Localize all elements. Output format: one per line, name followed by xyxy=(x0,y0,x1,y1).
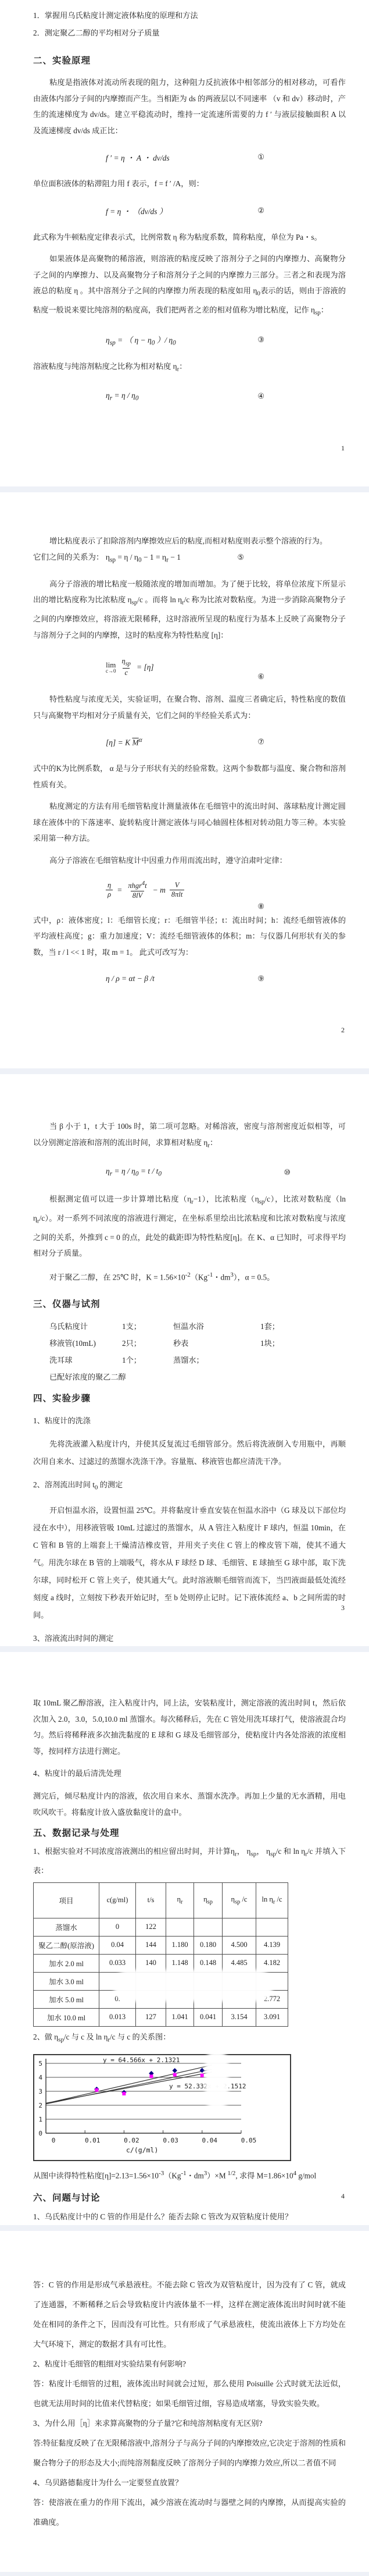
equipment-name: 洗耳球 xyxy=(49,1352,122,1369)
chart-svg: 01234500.010.020.030.040.05c/(g/ml)y = 6… xyxy=(34,2055,288,2158)
formula-number: ⑤ xyxy=(237,553,244,562)
fraction: V 8πlt xyxy=(170,881,184,900)
formula-body: lim c→0 ηsp c = [η] xyxy=(106,657,154,677)
formula-number: ⑦ xyxy=(257,737,264,747)
page-separator xyxy=(0,1646,369,1652)
page-3: 当 β 小于 1，t 大于 100s 时，第二项可忽略。对稀溶液，密度与溶剂密度… xyxy=(0,1074,369,1646)
paragraph: 溶液粘度与纯溶剂粘度之比称为相对粘度 ηr： xyxy=(33,358,346,378)
paragraph: 根据测定值可以进一步计算增比粘度（ηr−1），比浓粘度（ηsp/c），比浓对数粘… xyxy=(33,1191,346,1262)
question: 1、乌氏粘度计中的 C 管的作用是什么？能否去除 C 管改为双管粘度计使用？ xyxy=(33,2208,346,2225)
formula: ηr = η / η0 ④ xyxy=(33,389,346,403)
formula: [η] = K Mα ⑦ xyxy=(33,735,346,749)
table-cell: 4.139 xyxy=(256,1936,288,1954)
equipment-qty: 1块； xyxy=(260,1335,346,1352)
paragraph: 粘度测定的方法有用毛细管粘度计测量液体在毛细管中的流出时间、落球粘度计测定圆球在… xyxy=(33,798,346,847)
page-2: 增比粘度表示了扣除溶剂内摩擦效应后的粘度,而相对粘度则表示整个溶液的行为。 它们… xyxy=(0,492,369,1068)
table-cell: 4.182 xyxy=(256,1954,288,1972)
page-number: 2 xyxy=(341,1026,345,1035)
question: 2、粘度计毛细管的粗细对实验结果有何影响? xyxy=(33,2354,346,2374)
answer: 答：粘度计毛细管的过粗，液体流出时间就会过短，那么使用 Poisuille 公式… xyxy=(33,2374,346,2414)
question: 3、为什么用［η］来求算高聚物的分子量?它和纯溶剂粘度有无区别? xyxy=(33,2414,346,2433)
table-row: 聚乙二醇(原溶液)0.041441.1800.1804.5004.139 xyxy=(34,1936,288,1954)
table-header-row: 项目c(g/ml)t/sηrηspηsp /cln ηr /c xyxy=(34,1882,288,1918)
page-separator xyxy=(0,2572,369,2576)
paragraph: 先将洗液灌入粘度计内，并使其反复流过毛细管部分。然后将洗液倒入专用瓶中，再顺次用… xyxy=(33,1436,346,1470)
paragraph: 从图中读得特性粘度[η]=2.13=1.56×10-3（Kg-1・dm3）×M … xyxy=(33,2166,346,2184)
fraction: η ρ xyxy=(106,881,113,900)
answer: 答：使溶液在重力的作用下流出，减少溶液在流动时与器壁之间的内摩擦，从而提高实验的… xyxy=(33,2493,346,2532)
page-number: 3 xyxy=(341,1604,345,1612)
table-cell: 0 xyxy=(99,1918,136,1936)
table-row: 蒸馏水0122 xyxy=(34,1918,288,1936)
objective-item: 1．掌握用乌氏粘度计测定液体粘度的原理和方法 xyxy=(33,7,346,24)
section-heading: 四、实验步骤 xyxy=(33,1391,346,1404)
table-cell: 加水 5.0 ml xyxy=(34,1990,99,2008)
formula-body: f = η ・ （dv/ds ） xyxy=(106,205,167,216)
equipment-qty: 1套； xyxy=(260,1318,346,1335)
formula: lim c→0 ηsp c = [η] ⑥ xyxy=(33,657,346,677)
section-heading: 五、数据记录与处理 xyxy=(33,1826,346,1839)
paragraph: 开启恒温水浴，设置恒温 25℃。并将黏度计垂直安装在恒温水浴中（G 球及以下部位… xyxy=(33,1502,346,1624)
x-tick-label: 0 xyxy=(52,2137,56,2144)
procedure-step: 1、粘度计的洗涤 xyxy=(33,1412,346,1430)
x-tick-label: 0.05 xyxy=(241,2137,257,2144)
page-separator xyxy=(0,2225,369,2231)
table-cell xyxy=(166,1918,194,1936)
formula-number: ① xyxy=(257,152,264,162)
formula-number: ③ xyxy=(257,335,264,344)
table-cell: 0.180 xyxy=(194,1936,223,1954)
section-heading: 二、实验原理 xyxy=(33,54,346,66)
formula-number: ⑩ xyxy=(284,1168,291,1177)
table-cell: 加水 2.0 ml xyxy=(34,1954,99,1972)
paragraph: 此式称为牛顿粘度定律表示式，比例常数 η 称为粘度系数，简称粘度，单位为 Pa・… xyxy=(33,229,346,246)
table-cell: 1.041 xyxy=(166,2008,194,2026)
formula-body: ηr = η / η0 = t / t0 xyxy=(106,1167,162,1178)
blur-smudge xyxy=(113,1970,273,2002)
formula-body: η ρ = πhgr4t 8lV − m V 8πlt xyxy=(106,880,184,900)
equipment-name: 秒表 xyxy=(173,1335,260,1352)
data-point xyxy=(122,2092,126,2095)
page-5: 答：C 管的作用是形成气承悬液柱。不能去除 C 管改为双管粘度计，因为没有了 C… xyxy=(0,2231,369,2572)
formula-body: 它们之间的关系为： ηsp = η / η0 − 1 = ηr − 1 xyxy=(33,550,181,564)
formula-number: ⑧ xyxy=(257,902,264,911)
paragraph: 高分子溶液在毛细管粘度计中因重力作用而流出时，遵守泊肃叶定律： xyxy=(33,852,346,869)
paragraph: 当 β 小于 1，t 大于 100s 时，第二项可忽略。对稀溶液，密度与溶剂密度… xyxy=(33,1118,346,1154)
question: 4、乌贝路德黏度计为什么一定要竖直放置？ xyxy=(33,2473,346,2493)
table-cell: 1.180 xyxy=(166,1936,194,1954)
data-point xyxy=(173,2068,177,2073)
paragraph: 式中，ρ：液体密度；l：毛细管长度；r：毛细管半径；t：流出时间；h：流经毛细管… xyxy=(33,912,346,961)
page-number: 1 xyxy=(341,444,345,453)
paragraph: 式中的K为比例系数， α 是与分子形状有关的经验常数。这两个参数都与温度、聚合物… xyxy=(33,761,346,793)
paragraph: 粘度是指液体对流动所表现的阻力，这种阻力反抗液体中相邻部分的相对移动，可看作由液… xyxy=(33,74,346,138)
paragraph: 增比粘度表示了扣除溶剂内摩擦效应后的粘度,而相对粘度则表示整个溶液的行为。 xyxy=(33,533,346,549)
equipment-name: 恒温水浴 xyxy=(173,1318,260,1335)
table-header-cell: 项目 xyxy=(34,1882,99,1918)
table-cell: 蒸馏水 xyxy=(34,1918,99,1936)
fraction: πhgr4t 8lV xyxy=(126,880,148,900)
formula-body: ηsp = （ η − η0 ）/ η0 xyxy=(106,333,176,347)
equation-label: y = 64.566x + 2.1321 xyxy=(103,2056,180,2064)
table-cell: 122 xyxy=(136,1918,166,1936)
table-header-cell: ηsp xyxy=(194,1882,223,1918)
data-point xyxy=(200,2068,205,2073)
table-header-cell: ηr xyxy=(166,1882,194,1918)
section-heading: 六、问题与讨论 xyxy=(33,2191,346,2204)
data-point xyxy=(95,2088,98,2092)
paragraph: 2、做 ηsp/c 与 c 及 ln ηr/c 与 c 的关系图： xyxy=(33,2029,346,2048)
page-1: 1．掌握用乌氏粘度计测定液体粘度的原理和方法 2．测定聚乙二醇的平均相对分子质量… xyxy=(0,0,369,486)
table-header-cell: ηsp /c xyxy=(223,1882,256,1918)
equipment-list: 乌氏粘度计 1支； 恒温水浴 1套； 移液管(10mL) 2只； 秒表 1块； … xyxy=(33,1318,346,1385)
data-table: 项目c(g/ml)t/sηrηspηsp /cln ηr /c蒸馏水0122聚乙… xyxy=(33,1882,288,2027)
formula-body: [η] = K Mα xyxy=(106,737,142,748)
data-point xyxy=(173,2073,177,2076)
x-tick-label: 0.03 xyxy=(163,2137,178,2144)
formula: ηr = η / η0 = t / t0 ⑩ xyxy=(33,1166,346,1179)
formula: ηsp = （ η − η0 ）/ η0 ③ xyxy=(33,333,346,347)
formula-number: ⑥ xyxy=(257,672,264,681)
procedure-step: 3、溶液流出时间的测定 xyxy=(33,1630,346,1646)
table-cell: 127 xyxy=(136,2008,166,2026)
table-header-cell: ln ηr /c xyxy=(256,1882,288,1918)
table-cell: 0.013 xyxy=(99,2008,136,2026)
blur-smudge xyxy=(205,2051,228,2110)
table-cell: 加水 10.0 ml xyxy=(34,2008,99,2026)
equipment-qty: 1支； xyxy=(122,1318,173,1335)
page-number: 4 xyxy=(341,2192,345,2201)
x-tick-label: 0.02 xyxy=(124,2137,139,2144)
equipment-name: 乌氏粘度计 xyxy=(49,1318,122,1335)
table-cell xyxy=(194,1918,223,1936)
formula-body: ηr = η / η0 xyxy=(106,391,138,402)
y-tick-label: 5 xyxy=(38,2060,42,2067)
table-cell xyxy=(256,1918,288,1936)
paragraph: 如果液体是高聚物的稀溶液，则溶液的粘度反映了溶剂分子之间的内摩擦力、高聚物分子之… xyxy=(33,251,346,321)
objective-item: 2．测定聚乙二醇的平均相对分子质量 xyxy=(33,24,346,42)
procedure-step: 4、粘度计的最后清洗处理 xyxy=(33,1765,346,1782)
data-point xyxy=(149,2074,153,2078)
procedure-step: 2、溶剂流出时间 t0 的测定 xyxy=(33,1476,346,1497)
y-tick-label: 2 xyxy=(38,2102,42,2109)
equipment-name: 已配好浓度的聚乙二醇 xyxy=(49,1369,346,1385)
table-row: 加水 10.0 ml0.0131271.0410.0413.1543.091 xyxy=(34,2008,288,2026)
equipment-name: 蒸馏水； xyxy=(173,1352,260,1369)
y-tick-label: 1 xyxy=(38,2116,42,2123)
formula-number: ④ xyxy=(257,392,264,401)
formula-body: η / ρ = αt − β /t xyxy=(106,974,155,983)
formula: f = η ・ （dv/ds ） ② xyxy=(33,204,346,218)
paragraph: 高分子溶液的增比粘度一般随浓度的增加而增加。为了便于比较，将单位浓度下所显示出的… xyxy=(33,576,346,644)
x-tick-label: 0.01 xyxy=(85,2137,101,2144)
table-cell: 3.154 xyxy=(223,2008,256,2026)
limit-symbol: lim c→0 xyxy=(106,661,116,674)
y-tick-label: 4 xyxy=(38,2074,42,2081)
paragraph: 特性粘度与浓度无关，实验证明，在聚合物、溶剂、温度三者确定后，特性粘度的数值只与… xyxy=(33,691,346,723)
table-cell: 144 xyxy=(136,1936,166,1954)
formula-rhs: = [η] xyxy=(137,663,154,672)
formula-number: ⑨ xyxy=(257,974,264,983)
table-header-cell: c(g/ml) xyxy=(99,1882,136,1918)
formula: η ρ = πhgr4t 8lV − m V 8πlt ⑧ xyxy=(33,880,346,900)
page-separator xyxy=(0,486,369,492)
table-cell: 3.091 xyxy=(256,2008,288,2026)
equipment-name: 移液管(10mL) xyxy=(49,1335,122,1352)
equipment-qty: 1个； xyxy=(122,1352,173,1369)
formula: η / ρ = αt − β /t ⑨ xyxy=(33,972,346,986)
x-axis-label: c/(g/ml) xyxy=(126,2146,158,2154)
formula-number: ② xyxy=(257,206,264,215)
data-table-wrap: 项目c(g/ml)t/sηrηspηsp /cln ηr /c蒸馏水0122聚乙… xyxy=(33,1882,346,2027)
table-cell: 聚乙二醇(原溶液) xyxy=(34,1936,99,1954)
page-4: 取 10mL 聚乙醇溶液，注入粘度计内，同上法，安装粘度计，测定溶液的流出时间 … xyxy=(0,1652,369,2225)
table-cell xyxy=(223,1918,256,1936)
paragraph: 1、根据实验对不同浓度溶液测出的相应留出时间，并计算ηr， ηsp， ηsp/c… xyxy=(33,1843,346,1879)
chart: 01234500.010.020.030.040.05c/(g/ml)y = 6… xyxy=(33,2054,291,2161)
paragraph: 对于聚乙二醇，在 25℃ 时，K = 1.56×10-2（Kg-1・dm3），α… xyxy=(33,1267,346,1285)
paragraph: 取 10mL 聚乙醇溶液，注入粘度计内，同上法，安装粘度计，测定溶液的流出时间 … xyxy=(33,1695,346,1759)
table-cell: 0.041 xyxy=(194,2008,223,2026)
formula: f ′ = η ・ A ・ dv/ds ① xyxy=(33,150,346,164)
data-point xyxy=(200,2073,204,2077)
table-header-cell: t/s xyxy=(136,1882,166,1918)
page-separator xyxy=(0,1068,369,1074)
table-cell: 0.04 xyxy=(99,1936,136,1954)
equipment-qty xyxy=(260,1352,346,1369)
answer: 答:特征黏度反映了在无限稀溶液中,溶剂分子与高分子间的内摩擦效应,它决定于溶剂的… xyxy=(33,2433,346,2473)
paragraph: 单位面积液体的粘滞阻力用 f 表示，f = f ′ /A，则： xyxy=(33,176,346,192)
y-tick-label: 0 xyxy=(38,2130,42,2137)
answer: 答：C 管的作用是形成气承悬液柱。不能去除 C 管改为双管粘度计，因为没有了 C… xyxy=(33,2275,346,2354)
x-tick-label: 0.04 xyxy=(202,2137,218,2144)
equipment-qty: 2只； xyxy=(122,1335,173,1352)
formula-body: f ′ = η ・ A ・ dv/ds xyxy=(106,151,170,163)
table-cell: 4.500 xyxy=(223,1936,256,1954)
section-heading: 三、仪器与试剂 xyxy=(33,1297,346,1310)
paragraph: 测完后，倾尽粘度计内的溶液，依次用自来水、蒸馏水洗净。再加上少量的无水酒精，用电… xyxy=(33,1788,346,1820)
fraction: ηsp c xyxy=(120,657,132,677)
table-cell: 加水 3.0 ml xyxy=(34,1972,99,1990)
formula: 它们之间的关系为： ηsp = η / η0 − 1 = ηr − 1 ⑤ xyxy=(33,550,346,564)
y-tick-label: 3 xyxy=(38,2088,42,2095)
